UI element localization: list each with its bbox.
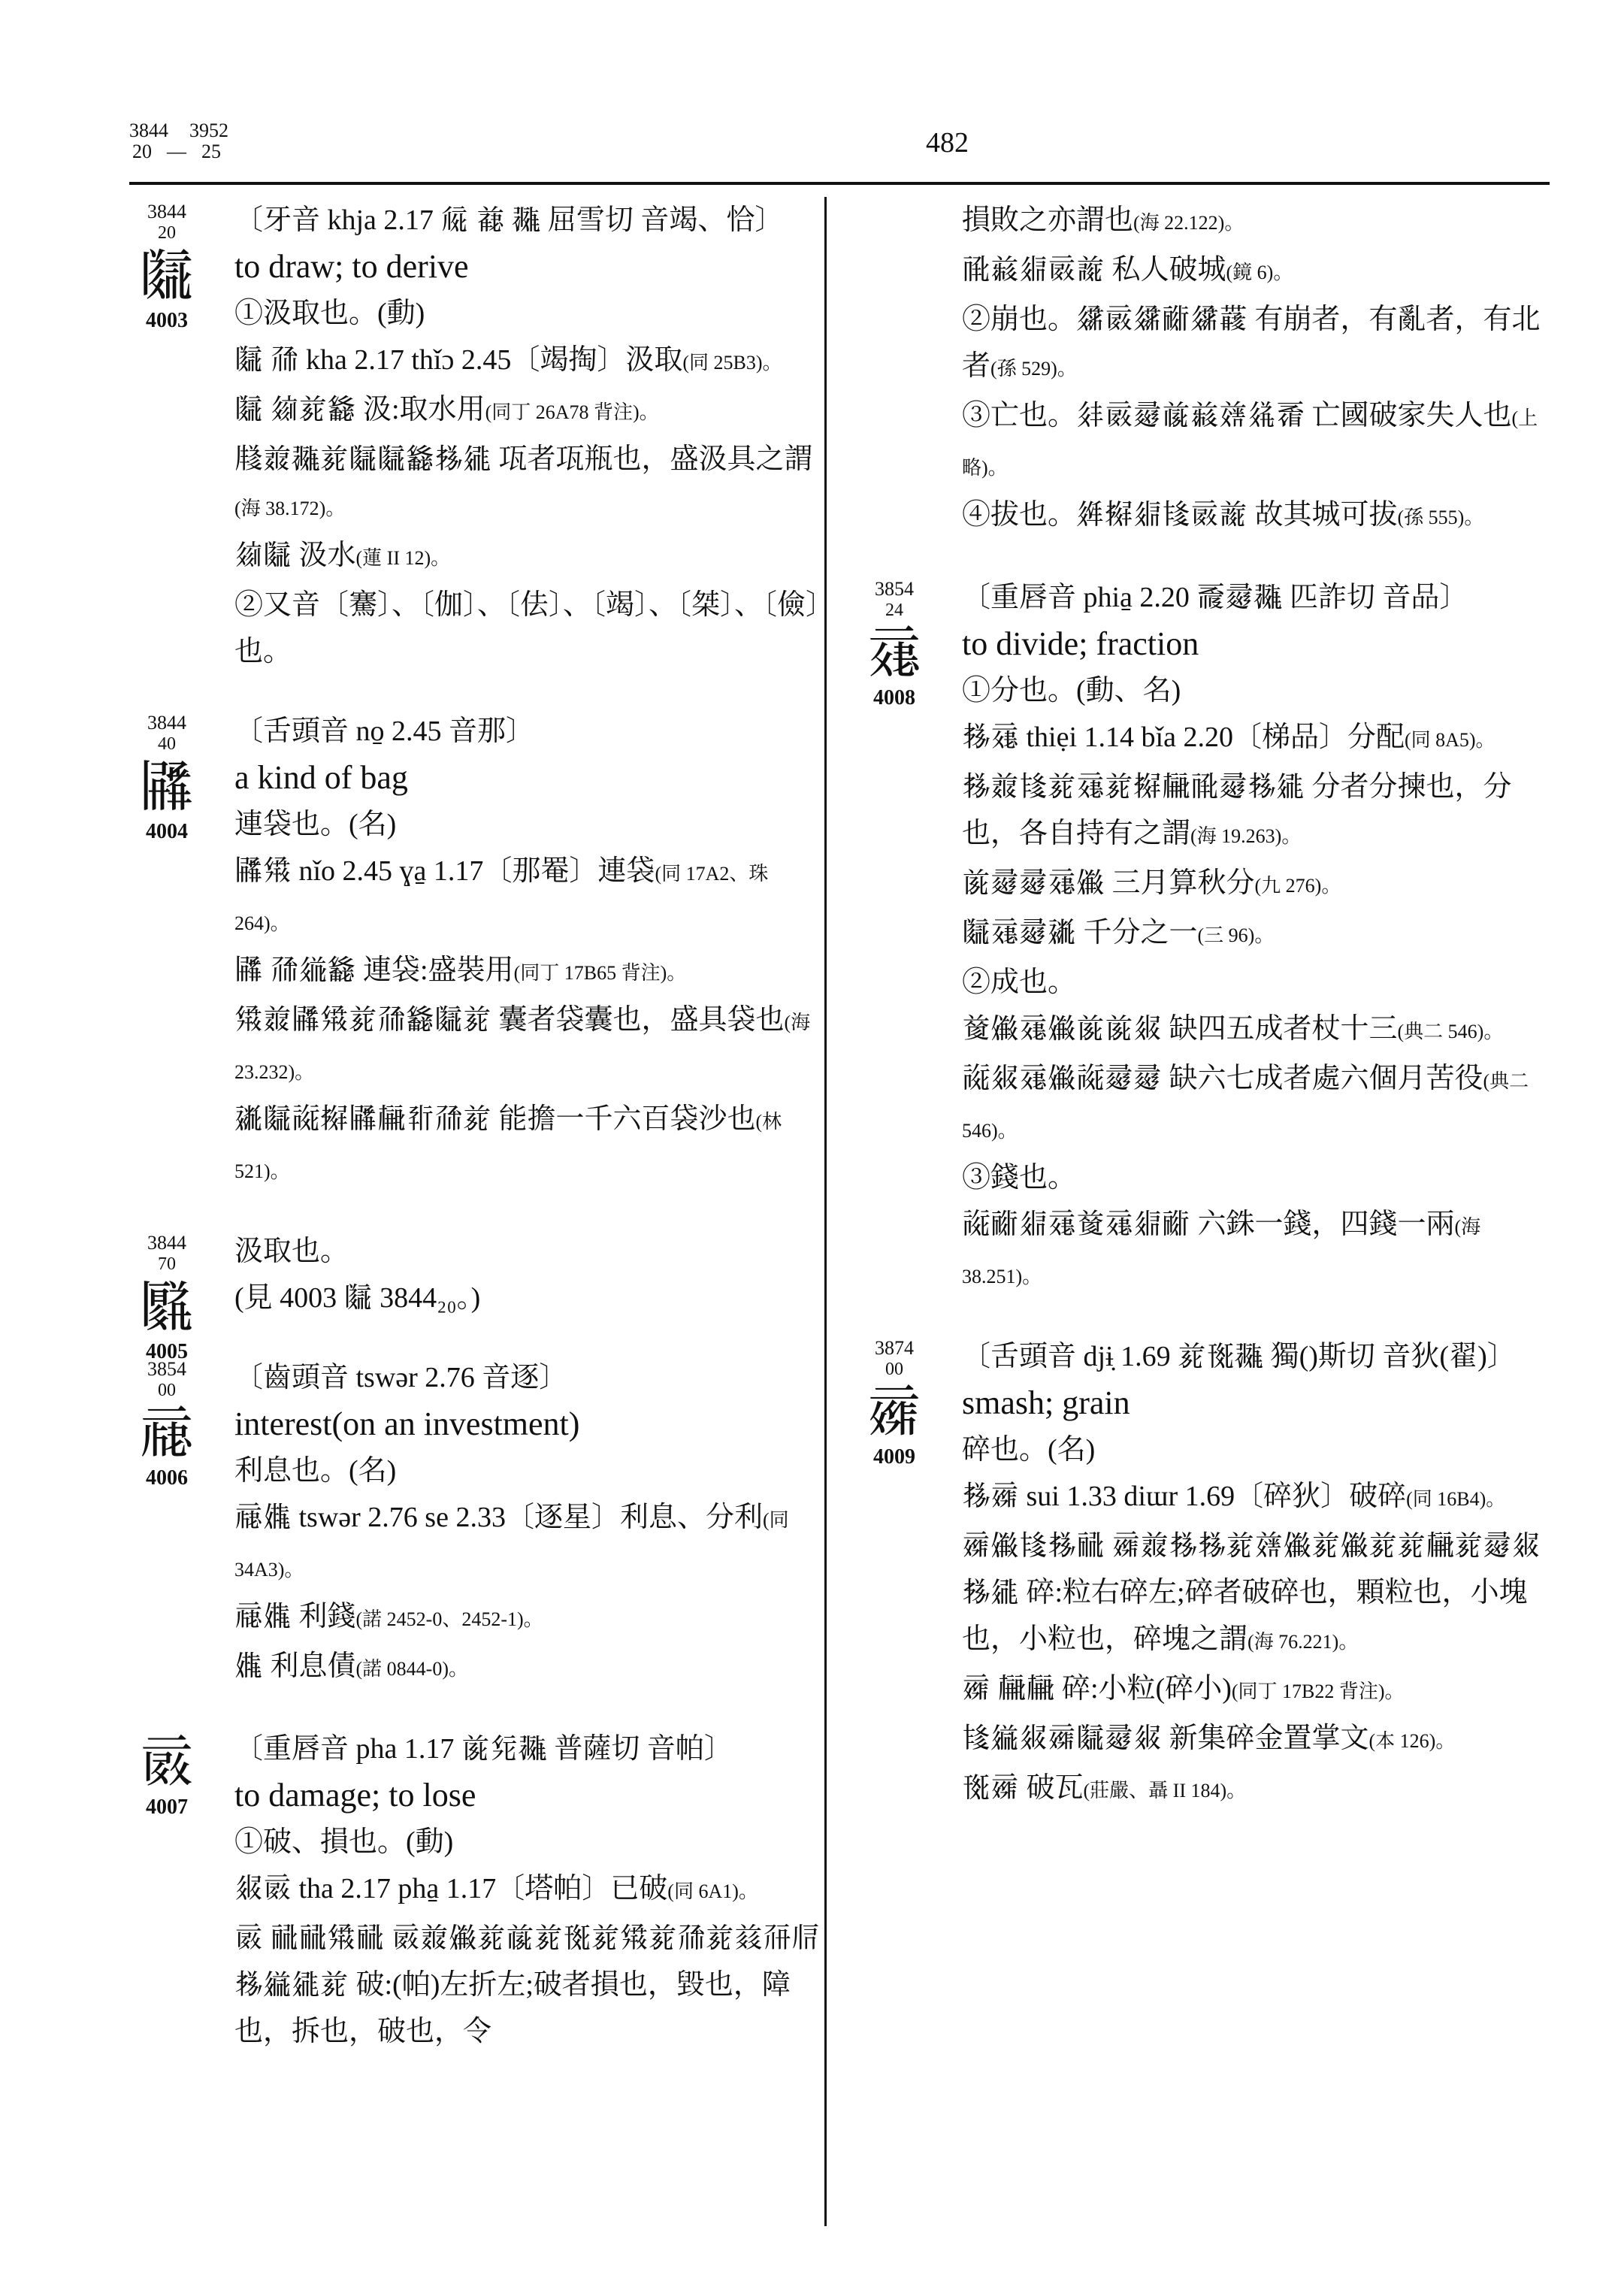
example-line: 𗐯𗕖𗕖𗄌𗏹 三月算秋分(九 276)。 — [962, 860, 1548, 909]
definition-line-text: ①汲取也。(動) — [234, 298, 425, 329]
pronunciation-line-text: 〔重唇音 phia̱ 2.20 𗀟𗕖𗖵 匹詐切 音品〕 — [962, 582, 1468, 613]
example-line: 𗍊𗄍 破瓦(莊嚴、聶 II 184)。 — [962, 1765, 1548, 1814]
dictionary-entry: 385424𗄌4008〔重唇音 phia̱ 2.20 𗀟𗕖𗖵 匹詐切 音品〕to… — [857, 574, 1548, 1300]
definition-line-text: 連袋也。(名) — [234, 809, 396, 840]
entry-range: 3844 3952 20 — 25 — [129, 120, 228, 162]
example-line-text: 𗃄 𗗙𗥤𗴮 連袋:盛裝用 — [234, 954, 514, 986]
headword-glyph: 𗃃 — [129, 245, 204, 308]
definition-line-text: 利息也。(名) — [234, 1455, 396, 1487]
example-line-text: 𗃃 𗗙 kha 2.17 thǐɔ 2.45〔竭掏〕汲取 — [234, 344, 682, 376]
example-line: 𗒹𗏹𗄌𗏹𗐯𗐯𗤒 缺四五成者杖十三(典二 546)。 — [962, 1006, 1548, 1055]
english-gloss: to draw; to derive — [234, 244, 821, 290]
definition-line: ②又音〔騫〕、〔伽〕、〔佉〕、〔竭〕、〔桀〕、〔儉〕也。 — [234, 582, 821, 675]
english-gloss: smash; grain — [962, 1380, 1548, 1426]
headword-glyph: 𗄊 — [129, 1402, 204, 1466]
definition-line: 利息也。(名) — [234, 1448, 821, 1494]
definition-line-text: ①破、損也。(動) — [234, 1826, 453, 1858]
pronunciation-line-text: 〔舌頭音 no̱ 2.45 音那〕 — [234, 715, 534, 747]
definition-line-text: ③錢也。 — [962, 1162, 1076, 1193]
example-line: 𗈪𗄍 sui 1.33 diɯr 1.69〔碎狄〕破碎(同 16B4)。 — [962, 1473, 1548, 1523]
dictionary-entry: 387400𗄍4009〔舌頭音 djɨ̣ 1.69 𗐱𗍊𗖵 獨(𠻞)斯切 音狄(… — [857, 1333, 1548, 1814]
entry-gutter: 𗄋4007 — [129, 1730, 204, 1819]
example-line-text: 𗐯𗕖𗕖𗄌𗏹 三月算秋分 — [962, 867, 1255, 899]
example-line: 𗈪𗄌 thiẹi 1.14 bǐa 2.20〔梯品〕分配(同 8A5)。 — [962, 714, 1548, 764]
example-line-text: 𗙴𗤒𗄌𗏹𗙴𗕖𗕖 缺六七成者處六個月苦役 — [962, 1063, 1483, 1094]
english-gloss-text: to draw; to derive — [234, 248, 469, 285]
definition-line: ①破、損也。(動) — [234, 1819, 821, 1865]
entry-subcode: 20 — [129, 222, 204, 244]
source-citation: (三 96)。 — [1198, 924, 1275, 946]
source-citation: (海 76.221)。 — [1247, 1631, 1358, 1653]
definition-line: ③錢也。 — [962, 1154, 1548, 1201]
entry-code: 3844 — [129, 201, 204, 222]
headword-glyph: 𗄌 — [857, 622, 932, 685]
example-line-text: 𗢋𗨉𗤒𗄍𗃃𗕖𗤒 新集碎金置掌文 — [962, 1723, 1369, 1754]
entry-number: 4003 — [129, 310, 204, 332]
source-citation: (九 276)。 — [1255, 875, 1341, 897]
example-line: 𗄋 𗟻𗟻𗋽𗟻 𗄋𗓱𗏹𗐱𗑉𗐱𗍊𗐱𗋽𗐱𗗙𗐱𗑠𗗓𗄭𗈪𗨉𗧓𗐱 破:(帕)左折左;破者損也… — [234, 1915, 821, 2055]
example-line: 𗋽𗓱𗃄𗋽𗐱𗗙𗴮𗃃𗐱 囊者袋囊也，盛具袋也(海 23.232)。 — [234, 997, 821, 1096]
definition-line-text: ②又音〔騫〕、〔伽〕、〔佉〕、〔竭〕、〔桀〕、〔儉〕也。 — [234, 589, 820, 667]
source-citation: (海 38.172)。 — [234, 498, 345, 519]
headword-glyph: 𗃄 — [129, 756, 204, 819]
pronunciation-line: 〔重唇音 pha 1.17 𗐯𗉾𗖵 普薩切 音帕〕 — [234, 1726, 821, 1772]
example-line: 𗃃 𗗙 kha 2.17 thǐɔ 2.45〔竭掏〕汲取(同 25B3)。 — [234, 337, 821, 386]
entry-subcode: 70 — [129, 1254, 204, 1275]
definition-line: (見 4003 𗃃 3844₂₀。) — [234, 1275, 821, 1321]
source-citation: (同丁 17B65 背注)。 — [514, 962, 687, 984]
source-citation: (典二 546)。 — [1398, 1021, 1504, 1042]
source-citation: (鏡 6)。 — [1226, 262, 1293, 283]
entry-gutter: 384420𗃃4003 — [129, 201, 204, 332]
example-line: 𗦻𗃃 汲水(蓮 II 12)。 — [234, 532, 821, 582]
example-line-text: 𗄍 𗍳𗍳 碎:小粒(碎小) — [962, 1673, 1232, 1705]
entry-subcode: 00 — [129, 1380, 204, 1401]
pronunciation-line-text: 〔舌頭音 djɨ̣ 1.69 𗐱𗍊𗖵 獨(𠻞)斯切 音狄(翟)〕 — [962, 1341, 1516, 1372]
headword-glyph: 𗄍 — [857, 1381, 932, 1445]
definition-line: ①汲取也。(動) — [234, 290, 821, 337]
headword-glyph: 𗄋 — [129, 1732, 204, 1795]
definition-line: ②崩也。𗨪𗄋𗨪𗠁𗨪𗞞 有崩者，有亂者，有北者(孫 529)。 — [962, 296, 1548, 392]
dictionary-entry: 𗄋4007〔重唇音 pha 1.17 𗐯𗉾𗖵 普薩切 音帕〕to damage;… — [129, 1726, 821, 2055]
dictionary-entry: 385400𗄊4006〔齒頭音 tswər 2.76 音逐〕interest(o… — [129, 1354, 821, 1693]
example-line: 𗙴𗤒𗄌𗏹𗙴𗕖𗕖 缺六七成者處六個月苦役(典二 546)。 — [962, 1055, 1548, 1154]
example-line: 𗤒𗄋 tha 2.17 pha̱ 1.17〔塔帕〕已破(同 6A1)。 — [234, 1865, 821, 1915]
dictionary-entry: 384470𗃅4005汲取也。(見 4003 𗃃 3844₂₀。) — [129, 1228, 821, 1321]
example-line-text: 𗍷𗑪𗤋𗄋𗓰 私人破城 — [962, 254, 1226, 286]
example-line: 𗈪𗓱𗢋𗐱𗄌𗐱𗈷𗍳𗍷𗕖𗈪𗧓 分者分揀也，分也，各自持有之謂(海 19.263)。 — [962, 764, 1548, 860]
running-head: 3844 3952 20 — 25 482 — [129, 120, 1550, 185]
example-line: 𗄍𗏹𗢋𗈪𗟻 𗄍𗓱𗈪𗈪𗐱𗓦𗏹𗐱𗏹𗐱𗐱𗍳𗐱𗕖𗤒𗈪𗧓 碎:粒右碎左;碎者破碎也，顆粒也… — [962, 1523, 1548, 1665]
example-line-text: 𗈪𗄍 sui 1.33 diɯr 1.69〔碎狄〕破碎 — [962, 1481, 1406, 1512]
source-citation: (同 25B3)。 — [682, 352, 782, 374]
range-start-code: 3844 — [129, 120, 168, 141]
english-gloss: a kind of bag — [234, 755, 821, 801]
definition-line-text: ④拔也。𗤶𗈷𗤋𗢋𗄋𗓰 故其城可拔 — [962, 499, 1398, 531]
example-line: 𗹦𗓱𗖵𗐱𗃃𗃃𗴮𗈪𗧓 瓨者瓨瓶也，盛汲具之謂(海 38.172)。 — [234, 436, 821, 532]
source-citation: (諾 0844-0)。 — [356, 1658, 468, 1680]
entry-gutter: 387400𗄍4009 — [857, 1338, 932, 1469]
example-line-text: 𗋽𗓱𗃄𗋽𗐱𗗙𗴮𗃃𗐱 囊者袋囊也，盛具袋也 — [234, 1004, 785, 1036]
example-line-text: 損敗之亦謂也 — [962, 204, 1133, 236]
entry-subcode: 24 — [857, 600, 932, 621]
pronunciation-line-text: 〔齒頭音 tswər 2.76 音逐〕 — [234, 1362, 567, 1393]
definition-line: ③亡也。𗢳𗄋𗕖𗑉𗑪𗓦𗤬𗀓 亡國破家失人也(上略)。 — [962, 392, 1548, 492]
entry-gutter: 385400𗄊4006 — [129, 1359, 204, 1490]
example-line-text: 𗄊𗏴 利錢 — [234, 1601, 356, 1632]
entry-number: 4004 — [129, 821, 204, 843]
entry-subcode: 00 — [857, 1359, 932, 1380]
definition-line: 汲取也。 — [234, 1228, 821, 1275]
example-line-text: 𗦻𗃃 汲水 — [234, 540, 356, 571]
page-number: 482 — [926, 128, 969, 158]
pronunciation-line-text: 〔重唇音 pha 1.17 𗐯𗉾𗖵 普薩切 音帕〕 — [234, 1733, 733, 1765]
example-line-text: 𗒹𗏹𗄌𗏹𗐯𗐯𗤒 缺四五成者杖十三 — [962, 1013, 1398, 1045]
definition-line: ①分也。(動、名) — [962, 667, 1548, 714]
example-line: 𗢋𗨉𗤒𗄍𗃃𗕖𗤒 新集碎金置掌文(本 126)。 — [962, 1715, 1548, 1765]
definition-line: ④拔也。𗤶𗈷𗤋𗢋𗄋𗓰 故其城可拔(孫 555)。 — [962, 492, 1548, 541]
example-line: 𗄍 𗍳𗍳 碎:小粒(碎小)(同丁 17B22 背注)。 — [962, 1665, 1548, 1715]
example-line-text: 𗈪𗄌 thiẹi 1.14 bǐa 2.20〔梯品〕分配 — [962, 722, 1405, 753]
entry-number: 4009 — [857, 1446, 932, 1469]
source-citation: (同 16B4)。 — [1406, 1488, 1505, 1510]
dictionary-entry: 384420𗃃4003〔牙音 khja 2.17 𗏁 𗓈 𗖵 屈雪切 音竭、恰〕… — [129, 197, 821, 675]
entry-continued: 損敗之亦謂也(海 22.122)。𗍷𗑪𗤋𗄋𗓰 私人破城(鏡 6)。②崩也。𗨪𗄋𗨪… — [857, 197, 1548, 541]
definition-line-text: ③亡也。𗢳𗄋𗕖𗑉𗑪𗓦𗤬𗀓 亡國破家失人也 — [962, 400, 1512, 431]
example-line-text: 𗄋 𗟻𗟻𗋽𗟻 𗄋𗓱𗏹𗐱𗑉𗐱𗍊𗐱𗋽𗐱𗗙𗐱𗑠𗗓𗄭𗈪𗨉𗧓𗐱 破:(帕)左折左;破者損也… — [234, 1923, 820, 2047]
pronunciation-line: 〔舌頭音 no̱ 2.45 音那〕 — [234, 708, 821, 755]
english-gloss: interest(on an investment) — [234, 1401, 821, 1448]
source-citation: (同 8A5)。 — [1405, 729, 1495, 751]
example-line: 𗃃𗄌𗕖𗡶 千分之一(三 96)。 — [962, 909, 1548, 959]
range-end-sub: 25 — [201, 141, 221, 162]
definition-line-text: (見 4003 𗃃 3844₂₀。) — [234, 1282, 480, 1314]
example-line-text: 𗤒𗄋 tha 2.17 pha̱ 1.17〔塔帕〕已破 — [234, 1873, 667, 1904]
source-citation: (諾 2452-0、2452-1)。 — [356, 1608, 543, 1630]
left-column: 384420𗃃4003〔牙音 khja 2.17 𗏁 𗓈 𗖵 屈雪切 音竭、恰〕… — [129, 197, 821, 2088]
pronunciation-line: 〔牙音 khja 2.17 𗏁 𗓈 𗖵 屈雪切 音竭、恰〕 — [234, 197, 821, 244]
example-line: 損敗之亦謂也(海 22.122)。 — [962, 197, 1548, 247]
english-gloss-text: to damage; to lose — [234, 1777, 476, 1814]
example-line: 𗃄 𗗙𗥤𗴮 連袋:盛裝用(同丁 17B65 背注)。 — [234, 947, 821, 997]
example-line: 𗄊𗏴 tswər 2.76 se 2.33〔逐星〕利息、分利(同 34A3)。 — [234, 1494, 821, 1593]
example-line-text: 𗍊𗄍 破瓦 — [962, 1772, 1084, 1804]
source-citation: (莊嚴、聶 II 184)。 — [1084, 1780, 1247, 1802]
definition-line: 碎也。(名) — [962, 1426, 1548, 1473]
example-line-text: 𗹦𗓱𗖵𗐱𗃃𗃃𗴮𗈪𗧓 瓨者瓨瓶也，盛汲具之謂 — [234, 443, 813, 475]
entry-gutter: 384440𗃄4004 — [129, 712, 204, 843]
english-gloss-text: a kind of bag — [234, 759, 408, 796]
range-dash: — — [167, 141, 186, 162]
english-gloss-text: smash; grain — [962, 1384, 1130, 1421]
right-column: 損敗之亦謂也(海 22.122)。𗍷𗑪𗤋𗄋𗓰 私人破城(鏡 6)。②崩也。𗨪𗄋𗨪… — [857, 197, 1548, 1847]
entry-number: 4008 — [857, 687, 932, 709]
example-line-text: 𗄊𗏴 tswər 2.76 se 2.33〔逐星〕利息、分利 — [234, 1502, 763, 1533]
example-line-text: 𗃃𗄌𗕖𗡶 千分之一 — [962, 917, 1198, 948]
range-end-code: 3952 — [189, 120, 228, 141]
entry-number: 4006 — [129, 1467, 204, 1490]
source-citation: (孫 555)。 — [1398, 507, 1484, 528]
definition-line-text: ①分也。(動、名) — [962, 675, 1181, 706]
dictionary-entry: 384440𗃄4004〔舌頭音 no̱ 2.45 音那〕a kind of ba… — [129, 708, 821, 1195]
range-start-sub: 20 — [132, 141, 152, 162]
definition-line-text: ②成也。 — [962, 967, 1076, 998]
example-line: 𗃄𗋽 nǐo 2.45 ɣa̱ 1.17〔那罨〕連袋(同 17A2、珠 264)… — [234, 848, 821, 947]
entry-number: 4007 — [129, 1796, 204, 1819]
pronunciation-line: 〔舌頭音 djɨ̣ 1.69 𗐱𗍊𗖵 獨(𠻞)斯切 音狄(翟)〕 — [962, 1333, 1548, 1380]
example-line: 𗏴 利息債(諾 0844-0)。 — [234, 1643, 821, 1693]
english-gloss-text: interest(on an investment) — [234, 1405, 579, 1442]
column-divider — [824, 197, 827, 2226]
example-line-text: 𗙴𗠁𗤋𗄌𗒹𗄌𗤋𗠁 六銖一錢，四錢一兩 — [962, 1209, 1455, 1240]
pronunciation-line-text: 〔牙音 khja 2.17 𗏁 𗓈 𗖵 屈雪切 音竭、恰〕 — [234, 204, 783, 236]
english-gloss-text: to divide; fraction — [962, 625, 1199, 662]
pronunciation-line: 〔重唇音 phia̱ 2.20 𗀟𗕖𗖵 匹詐切 音品〕 — [962, 574, 1548, 621]
example-line: 𗄊𗏴 利錢(諾 2452-0、2452-1)。 — [234, 1593, 821, 1643]
source-citation: (本 126)。 — [1369, 1730, 1456, 1752]
example-line: 𗡶𗃃𗙴𗈷𗃄𗍳𗘊𗗙𗐱 能擔一千六百袋沙也(林 521)。 — [234, 1096, 821, 1195]
definition-line: 連袋也。(名) — [234, 801, 821, 848]
entry-code: 3844 — [129, 712, 204, 734]
example-line-text: 𗃃 𗦻𗐱𗴮 汲:取水用 — [234, 394, 485, 425]
source-citation: (海 22.122)。 — [1133, 212, 1244, 234]
example-line: 𗍷𗑪𗤋𗄋𗓰 私人破城(鏡 6)。 — [962, 247, 1548, 296]
example-line: 𗃃 𗦻𗐱𗴮 汲:取水用(同丁 26A78 背注)。 — [234, 386, 821, 436]
example-line: 𗙴𗠁𗤋𗄌𗒹𗄌𗤋𗠁 六銖一錢，四錢一兩(海 38.251)。 — [962, 1201, 1548, 1300]
definition-line-text: 碎也。(名) — [962, 1434, 1095, 1466]
source-citation: (同 6A1)。 — [667, 1880, 758, 1902]
source-citation: (蓮 II 12)。 — [356, 547, 451, 569]
source-citation: (同丁 26A78 背注)。 — [485, 401, 659, 423]
headword-glyph: 𗃅 — [129, 1276, 204, 1339]
english-gloss: to damage; to lose — [234, 1772, 821, 1819]
example-line-text: 𗃄𗋽 nǐo 2.45 ɣa̱ 1.17〔那罨〕連袋 — [234, 855, 655, 887]
entry-subcode: 40 — [129, 734, 204, 755]
example-line-text: 𗡶𗃃𗙴𗈷𗃄𗍳𗘊𗗙𗐱 能擔一千六百袋沙也 — [234, 1103, 756, 1135]
entry-code: 3844 — [129, 1233, 204, 1254]
pronunciation-line: 〔齒頭音 tswər 2.76 音逐〕 — [234, 1354, 821, 1401]
entry-code: 3874 — [857, 1338, 932, 1359]
source-citation: (孫 529)。 — [990, 358, 1077, 380]
entry-code: 3854 — [857, 579, 932, 600]
entry-gutter: 385424𗄌4008 — [857, 579, 932, 709]
entry-code: 3854 — [129, 1359, 204, 1380]
source-citation: (海 19.263)。 — [1190, 825, 1301, 847]
entry-gutter: 384470𗃅4005 — [129, 1233, 204, 1363]
source-citation: (同丁 17B22 背注)。 — [1232, 1681, 1405, 1702]
definition-line: ②成也。 — [962, 959, 1548, 1006]
definition-line-text: 汲取也。 — [234, 1236, 349, 1267]
english-gloss: to divide; fraction — [962, 621, 1548, 667]
example-line-text: 𗏴 利息債 — [234, 1650, 356, 1682]
